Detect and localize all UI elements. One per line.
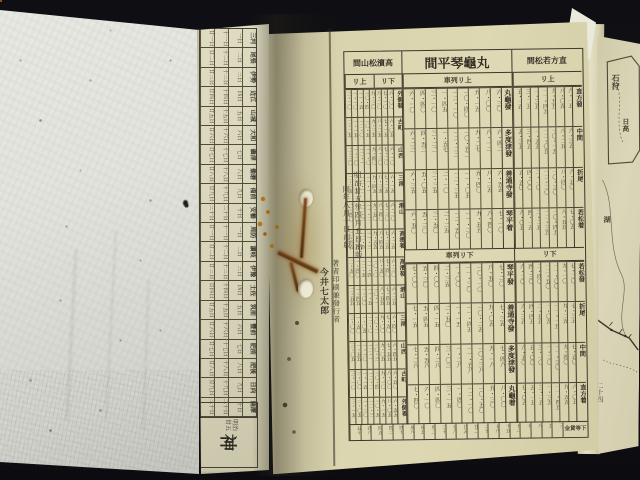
- station-name: 山西: [394, 145, 403, 172]
- station-row: 折尾六・五〇八・四〇一〇・三〇一二・二〇二・一〇四・〇〇五・五〇: [514, 166, 584, 207]
- section-takahama: 高濱松山間下リ上リ外側發六・〇〇七・一〇八・二〇九・三〇一〇・四一一・五一・一〇…: [344, 51, 406, 425]
- strip-date-cell: 十七日: [214, 145, 228, 163]
- strip-date-cell: 十七日: [214, 340, 228, 358]
- station-name: 古町: [393, 117, 402, 144]
- strip-entry: 播磨八日十八日廿八日: [200, 165, 256, 184]
- time-cell: 一一・〇五: [458, 169, 469, 208]
- binding-hole: [298, 279, 313, 298]
- time-cell: 五・〇五: [415, 170, 426, 209]
- fare-cell: 二十: [477, 423, 488, 438]
- time-cell: 七・一〇: [492, 209, 503, 248]
- station-row: 丸龜着八・〇〇九・三〇一〇・五〇一二・一〇一・四〇三・一五四・四〇六・一〇七・四…: [407, 383, 517, 425]
- strip-date-cell: 八日: [228, 359, 242, 377]
- fare-cell: 四十: [392, 424, 403, 439]
- strip-date-cell: 十六日: [214, 126, 228, 144]
- direction-label: 下リ: [373, 74, 402, 87]
- time-cell: 一一・四五: [460, 304, 471, 343]
- time-cell: 一〇・一〇: [471, 263, 482, 302]
- time-cell: 一一・五八: [461, 344, 472, 383]
- section-title: 丸龜琴平間: [402, 50, 511, 75]
- fare-cell: 十五: [499, 423, 510, 438]
- strip-date-cell: 三日: [228, 262, 242, 280]
- station-row: 山西六・四五七・五五九・〇五一〇・三一二・一一・一〇一・五五三・〇五: [348, 340, 405, 369]
- time-cell: 四・一五: [428, 304, 439, 343]
- station-row: 三津六・四〇七・五〇九・〇〇一〇・二一二・〇一・〇五一・五〇三・〇〇: [348, 312, 405, 341]
- time-cell: 六・五〇: [404, 210, 415, 249]
- time-cell: 六・四二: [490, 128, 501, 167]
- time-cell: 三・三五: [426, 169, 437, 208]
- time-cell: 九・〇五: [482, 303, 493, 342]
- fare-cell: 八: [530, 422, 541, 437]
- strip-date-cell: 廿八日: [200, 359, 214, 377]
- strip-entry: 山城五日十五日廿五日: [200, 107, 256, 126]
- time-cell: 一・五七: [436, 129, 447, 168]
- strip-entry: 伊勢三日十三日廿三日: [200, 68, 256, 87]
- strip-date-cell: 九日: [228, 184, 242, 202]
- strip-date-cell: 七日: [228, 340, 242, 358]
- station-name: 中間: [572, 127, 583, 166]
- station-row: 直方發六・一五八・〇五九・五五一一・四五一・三五三・二五五・一五: [513, 86, 583, 127]
- strip-date-cell: 十三日: [214, 262, 228, 280]
- strip-date-cell: 十三日: [214, 68, 228, 86]
- strip-entry: 備前九日十九日廿九日: [200, 184, 256, 203]
- time-cell: 九・四〇: [469, 169, 480, 208]
- station-name: 丸龜着: [505, 384, 517, 423]
- fare-cell: 卅二: [424, 424, 435, 439]
- strip-date-cell: 十一日: [214, 223, 228, 241]
- section-title: 直方若松間: [512, 49, 581, 73]
- fare-label: 下等賃金: [562, 422, 587, 437]
- time-cell: 五・二〇: [415, 210, 426, 249]
- station-row: 高濱發六・三〇七・四〇八・五〇一〇・〇一一・四一二・五一・四〇二・五〇: [347, 256, 404, 285]
- time-cell: 八・四〇: [481, 209, 492, 248]
- fare-cell: 三: [552, 422, 563, 437]
- strip-entry: 伊豫三日十三日廿三日: [200, 262, 256, 281]
- strip-box-small-text: 明治丗五: [223, 419, 236, 431]
- time-cell: 一・〇〇: [449, 264, 460, 303]
- time-cell: 九・三〇: [483, 384, 494, 423]
- station-name: 善通寺發: [504, 303, 516, 342]
- station-name: 琴平着: [502, 209, 514, 248]
- time-cell: 六・二二: [403, 129, 414, 168]
- station-name: 港山: [396, 285, 405, 312]
- time-cell: 四・〇〇: [427, 264, 438, 303]
- station-row: 三津六・一五七・二五八・三五九・四五一一・一一二・二一・二五二・三五: [346, 172, 403, 201]
- station-row: 外側着六・五五八・〇五九・一五一〇・五一二・三一・二〇二・〇五三・一五: [349, 396, 406, 425]
- strip-date-cell: 十二日: [214, 242, 228, 260]
- fare-cell: 卅八: [403, 424, 414, 439]
- strip-box-large-character: 神: [218, 434, 243, 451]
- strip-entry: 近江四日十四日廿四日: [200, 87, 256, 106]
- time-cell: 九・一五: [468, 88, 479, 127]
- time-cell: 七・二〇: [492, 263, 503, 302]
- strip-date-cell: 廿七日: [200, 145, 214, 163]
- strip-date-cell: 廿二日: [200, 242, 214, 260]
- strip-date-cell: 十四日: [214, 281, 228, 299]
- time-cell: 一二・三五: [447, 169, 458, 208]
- fare-cell: 十八: [488, 423, 499, 438]
- station-row: 直方着八・〇五九・五五一一・四五一・三五三・二五五・一五七・〇五: [517, 382, 587, 423]
- time-cell: 六・三〇: [490, 88, 501, 127]
- strip-date-cell: 十五日: [214, 107, 228, 125]
- strip-date-cell: 四日: [228, 281, 242, 299]
- station-name: 琴平發: [503, 263, 515, 302]
- strip-date-cell: 十一日: [214, 29, 228, 47]
- time-cell: 六・五五: [491, 168, 502, 207]
- time-cell: 一〇・三八: [472, 344, 483, 383]
- fare-cell: 五十: [349, 425, 360, 440]
- fare-cell: 十: [520, 423, 531, 438]
- strip-entry: 豐前六日十六日廿六日: [200, 320, 256, 339]
- map-region-label: 石狩: [611, 74, 622, 90]
- time-cell: 七・四〇: [407, 385, 418, 424]
- fare-cell: 廿八: [445, 424, 456, 439]
- station-row: 港山六・三五七・四五八・五五一〇・一一一・五一・〇〇一・四五二・五五: [348, 284, 405, 313]
- station-name: 折尾: [573, 167, 584, 206]
- time-cell: 一二・五〇: [448, 209, 459, 248]
- station-row: 若松着七・〇五八・五五一〇・四五一二・三五二・二五四・一五六・〇五: [514, 207, 584, 248]
- time-cell: 三・五〇: [426, 210, 437, 249]
- station-name: 善通寺發: [502, 168, 514, 207]
- station-name: 三津: [396, 313, 405, 340]
- station-row: 折尾七・三五九・二五一一・一五一・〇五二・五五四・四五六・三五: [516, 301, 586, 342]
- strip-date-cell: 廿八日: [200, 165, 214, 183]
- time-cell: 一一・二〇: [459, 209, 470, 248]
- time-cell: 九・五五: [470, 209, 481, 248]
- fare-cell: 四八: [360, 425, 371, 440]
- time-cell: 八・一二: [480, 128, 491, 167]
- band-label: 下リ: [515, 247, 584, 262]
- strip-entry: 肥前七日十七日廿七日: [200, 340, 256, 359]
- station-name: 港山: [394, 201, 403, 228]
- time-cell: 八・二五: [480, 169, 491, 208]
- station-name: 高濱着: [395, 229, 404, 256]
- strip-date-cell: 十八日: [214, 165, 228, 183]
- time-cell: 六・一〇: [403, 89, 414, 128]
- strip-bottom-box: 明治丗五 神: [199, 402, 258, 468]
- ink-speck: [183, 200, 188, 206]
- time-cell: 四・四〇: [414, 89, 425, 128]
- station-row: 中間六・三五八・二五一〇・一五一二・〇五一・五五三・四五五・三五: [513, 126, 583, 167]
- strip-date-cell: 廿二日: [200, 48, 214, 66]
- section-direction-row: 上リ: [513, 72, 582, 87]
- time-cell: 二・三五: [438, 264, 449, 303]
- station-name: 直方發: [572, 87, 583, 126]
- strip-entry: 周防一日十一日廿一日: [200, 223, 256, 242]
- strip-date-cell: 二日: [228, 48, 242, 66]
- time-cell: 一〇・五〇: [472, 384, 483, 423]
- station-name: 外側發: [393, 89, 402, 116]
- station-name: 直方着: [576, 383, 587, 422]
- station-row: 丸龜發六・三〇八・〇〇九・一五一〇・四〇一二・一〇一・四五三・一〇四・四〇六・一…: [403, 87, 513, 129]
- strip-date-cell: 廿六日: [200, 320, 214, 338]
- strip-date-cell: 廿五日: [200, 107, 214, 125]
- fare-cell: 三十: [435, 424, 446, 439]
- time-cell: 八・〇〇: [494, 384, 505, 423]
- time-cell: 三・二二: [425, 129, 436, 168]
- direction-label: 上リ列車: [403, 73, 512, 88]
- strip-date-cell: 四日: [228, 87, 242, 105]
- strip-entry: 肥後八日十八日廿八日: [200, 359, 256, 378]
- time-cell: 一・四五: [435, 89, 446, 128]
- map-lake-label: 湖: [602, 216, 612, 223]
- time-cell: 一〇・四〇: [457, 88, 468, 127]
- direction-label: 上リ: [513, 72, 582, 86]
- strip-date-cell: 一日: [228, 223, 242, 241]
- time-cell: 六・三五: [404, 170, 415, 209]
- strip-date-cell: 廿九日: [200, 378, 214, 396]
- station-row: 古町六・五〇八・〇〇九・一〇一〇・四一二・二一・一五二・〇〇三・一〇: [349, 368, 406, 397]
- station-row: 琴平發七・二〇八・五〇一〇・一〇一一・三〇一・〇〇二・三五四・〇〇五・三〇七・〇…: [405, 262, 515, 304]
- show-through-noise: [0, 370, 200, 470]
- strip-date-cell: 廿三日: [200, 262, 214, 280]
- time-cell: 五・五八: [417, 345, 428, 384]
- rust-spots: [0, 0, 2, 2]
- strip-entry: 讃岐二日十二日廿二日: [200, 242, 256, 261]
- strip-date-cell: 五日: [228, 107, 242, 125]
- station-name: 若松着: [573, 208, 584, 247]
- station-name: 多度津發: [504, 343, 516, 382]
- strip-date-cell: 廿一日: [200, 29, 214, 47]
- station-row: 若松發七・二〇九・一〇一一・〇〇一二・五〇二・四〇四・三〇六・二〇: [515, 261, 585, 302]
- strip-entry: 安藝十日二十日三十日: [200, 204, 256, 223]
- strip-date-cell: 十日: [228, 204, 242, 222]
- strip-date-cell: 十六日: [214, 320, 228, 338]
- strip-entry: 三河一日十一日廿一日: [200, 29, 256, 48]
- strip-date-cell: 廿四日: [200, 87, 214, 105]
- station-name: 古町: [397, 369, 406, 396]
- strip-date-cell: 六日: [228, 126, 242, 144]
- strip-date-cell: 十八日: [214, 359, 228, 377]
- station-row: 外側發六・〇〇七・一〇八・二〇九・三〇一〇・四一一・五一・一〇二・二〇: [345, 88, 402, 117]
- strip-date-cell: 九日: [228, 378, 242, 396]
- station-name: 山西: [396, 341, 405, 368]
- fare-cell: 廿二: [467, 423, 478, 438]
- station-name: 高濱發: [395, 257, 404, 284]
- station-row: 善通寺發六・五五八・二五九・四〇一一・〇五一二・三五二・一〇三・三五五・〇五六・…: [404, 167, 514, 209]
- strip-date-cell: 二十日: [214, 204, 228, 222]
- time-cell: 一二・二二: [447, 129, 458, 168]
- time-cell: 三・一五: [440, 384, 451, 423]
- station-name: 折尾: [575, 302, 586, 341]
- strip-entry: 筑前五日十五日廿五日: [200, 301, 256, 320]
- time-cell: 一〇・二五: [471, 304, 482, 343]
- time-cell: 一一・三〇: [460, 263, 471, 302]
- time-cell: 八・五〇: [481, 263, 492, 302]
- time-cell: 九・一八: [483, 344, 494, 383]
- time-cell: 七・〇〇: [405, 264, 416, 303]
- station-row: 中間七・五〇九・四〇一一・三〇一・二〇三・一〇五・〇〇六・五〇: [516, 341, 586, 382]
- strip-date-cell: 廿五日: [200, 301, 214, 319]
- station-name: 丸龜發: [501, 88, 513, 127]
- strip-date-cell: 十五日: [214, 301, 228, 319]
- time-cell: 一二・一〇: [446, 89, 457, 128]
- time-cell: 七・四八: [493, 343, 504, 382]
- fare-row: 下等賃金三五八十十二十五十八二十廿二廿五廿八三十卅二卅五卅八四十四二四五四八五十: [349, 421, 587, 440]
- fare-cell: 卅五: [413, 424, 424, 439]
- strip-date-cell: 八日: [228, 165, 242, 183]
- station-row: 多度津發六・四二八・一二九・二七一〇・五二一二・二二一・五七三・二二四・五二六・…: [403, 127, 513, 169]
- section-direction-row: 下リ上リ: [345, 74, 402, 89]
- strip-date-cell: 十九日: [214, 378, 228, 396]
- strip-table: 三河一日十一日廿一日尾張二日十二日廿二日伊勢三日十三日廿三日近江四日十四日廿四日…: [199, 28, 257, 418]
- time-cell: 四・五二: [414, 129, 425, 168]
- band-label: 下リ列車: [405, 248, 514, 264]
- time-cell: 三・〇三: [439, 344, 450, 383]
- strip-date-cell: 七日: [228, 145, 242, 163]
- strip-date-cell: 十四日: [214, 87, 228, 105]
- time-cell: 一・四〇: [450, 384, 461, 423]
- station-row: 善通寺發七・三五九・〇五一〇・二五一一・四五一・一五二・五〇四・一五五・四五七・…: [406, 302, 516, 344]
- photo-of-open-timetable-book: 石狩 日高 湖 二十四 明治廿五年四月五日出版同年八月十日再版著者印刷兼發行者今…: [0, 0, 640, 480]
- time-cell: 六・一〇: [418, 385, 429, 424]
- strip-date-cell: 一日: [228, 29, 242, 47]
- time-cell: 五・三〇: [416, 264, 427, 303]
- station-row: 高濱着六・二五七・三五八・四五九・五五一一・三一二・四一・三五二・四五: [347, 228, 404, 257]
- strip-date-cell: 五日: [228, 301, 242, 319]
- time-cell: 二・一〇: [437, 169, 448, 208]
- station-row: 港山六・二〇七・三〇八・四〇九・五〇一一・二一二・三一・三〇二・四〇: [346, 200, 403, 229]
- section-marugame: 丸龜琴平間上リ列車丸龜發六・三〇八・〇〇九・一五一〇・四〇一二・一〇一・四五三・…: [401, 50, 516, 424]
- time-cell: 八・〇〇: [479, 88, 490, 127]
- strip-entry: 日向九日十九日廿九日: [200, 378, 256, 397]
- strip-date-cell: 廿六日: [200, 126, 214, 144]
- strip-date-cell: 十九日: [214, 184, 228, 202]
- station-name: 若松發: [574, 262, 585, 301]
- station-row: 多度津發七・四八九・一八一〇・三八一一・五八一・二八三・〇三四・二八五・五八七・…: [406, 342, 516, 384]
- strip-date-cell: 廿一日: [200, 223, 214, 241]
- strip-date-cell: 三十日: [200, 204, 214, 222]
- time-cell: 一〇・五二: [458, 129, 469, 168]
- station-name: 外側着: [397, 397, 406, 424]
- strip-entry: 攝津七日十七日廿七日: [200, 145, 256, 164]
- strip-date-cell: 六日: [228, 320, 242, 338]
- strip-entry: 土佐四日十四日廿四日: [200, 281, 256, 300]
- strip-date-cell: 三日: [228, 68, 242, 86]
- strip-entry: 大和六日十六日廿六日: [200, 126, 256, 145]
- time-cell: 四・二八: [428, 344, 439, 383]
- strip-date-cell: 廿九日: [200, 184, 214, 202]
- time-cell: 七・三五: [493, 303, 504, 342]
- station-row: 山西六・一〇七・二〇八・三〇九・四〇一一・〇一二・一一・二〇二・三〇: [346, 144, 403, 173]
- fare-cell: 四五: [371, 425, 382, 440]
- strip-date-cell: 廿三日: [200, 68, 214, 86]
- map-region-label: 日高: [621, 118, 631, 132]
- section-nogata: 直方若松間上リ直方發六・一五八・〇五九・五五一一・四五一・三五三・二五五・一五中…: [511, 49, 586, 423]
- map-page-edge: 石狩 日高 湖 二十四: [595, 30, 640, 454]
- strip-entry: 尾張二日十二日廿二日: [200, 48, 256, 67]
- fare-cell: 五: [541, 422, 552, 437]
- strip-date-cell: 二日: [228, 242, 242, 260]
- station-row: 琴平着七・一〇八・四〇九・五五一一・二〇一二・五〇二・二五三・五〇五・二〇六・五…: [404, 208, 514, 250]
- section-direction-row: 上リ列車: [403, 73, 512, 89]
- strip-date-cell: 廿七日: [200, 340, 214, 358]
- time-cell: 二・二五: [437, 209, 448, 248]
- fare-cell: 廿五: [456, 424, 467, 439]
- direction-label: 上リ: [345, 75, 374, 88]
- station-name: 三津: [394, 173, 403, 200]
- time-cell: 一・二八: [450, 344, 461, 383]
- section-title: 高濱松山間: [344, 51, 401, 75]
- time-cell: 一二・一〇: [461, 384, 472, 423]
- time-cell: 五・四五: [417, 304, 428, 343]
- time-cell: 九・二七: [469, 129, 480, 168]
- station-name: 中間: [575, 342, 586, 381]
- time-cell: 二・五〇: [438, 304, 449, 343]
- time-cell: 四・四〇: [429, 385, 440, 424]
- fare-cell: 十二: [509, 423, 520, 438]
- time-cell: 七・一五: [406, 304, 417, 343]
- station-row: 古町六・〇五七・一五八・二五九・三五一〇・五一二・〇一・一五二・二五: [345, 116, 402, 145]
- time-cell: 七・二八: [406, 345, 417, 384]
- strip-date-cell: 廿四日: [200, 281, 214, 299]
- timetable: 高濱松山間下リ上リ外側發六・〇〇七・一〇八・二〇九・三〇一〇・四一一・五一・一〇…: [343, 48, 588, 441]
- time-cell: 一・一五: [449, 304, 460, 343]
- fare-cell: 四二: [381, 425, 392, 440]
- station-name: 多度津發: [501, 128, 513, 167]
- time-cell: 三・一〇: [425, 89, 436, 128]
- strip-date-cell: 十二日: [214, 48, 228, 66]
